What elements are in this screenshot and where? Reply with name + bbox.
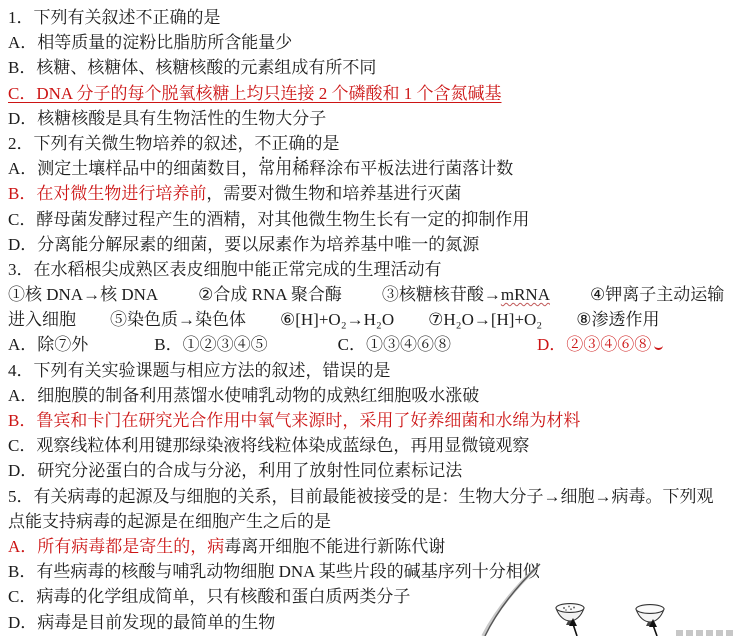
option-text: C．观察线粒体利用键那绿染液将线粒体染成蓝绿色，再用显微镜观察: [8, 436, 529, 455]
question-5-stem-line-2: 点能支持病毒的起源是在细胞产生之后的是: [8, 509, 738, 534]
question-3-answer-choices: A．除⑦外B．①②③④⑤C．①③④⑥⑧D．②③④⑥⑧: [8, 332, 738, 357]
option-text-red: B．在对微生物进行培养前: [8, 184, 206, 203]
question-5-stem-line-1: 5．有关病毒的起源及与细胞的关系，目前最能被接受的是：生物大分子→细胞→病毒。下…: [8, 484, 738, 509]
question-2-option-b-answer-highlight: B．在对微生物进行培养前，需要对微生物和培养基进行灭菌: [8, 181, 738, 206]
enumerated-item: ②合成 RNA 聚合酶: [198, 285, 342, 304]
question-4-option-c: C．观察线粒体利用键那绿染液将线粒体染成蓝绿色，再用显微镜观察: [8, 433, 738, 458]
stem-text: 4．下列有关实验课题与相应方法的叙述，错误的是: [8, 361, 391, 380]
option-text: D．病毒是目前发现的最简单的生物: [8, 613, 275, 632]
option-text: D．分离能分解尿素的细菌，要以尿素作为培养基中唯一的氮源: [8, 235, 479, 254]
question-4-option-a: A．细胞膜的制备利用蒸馏水使哺乳动物的成熟红细胞吸水涨破: [8, 383, 738, 408]
spellcheck-wavy-term: mRNA: [501, 285, 550, 304]
enumerated-item: ⑥[H]+O₂→H₂O: [280, 310, 394, 329]
stem-text: 点能支持病毒的起源是在细胞产生之后的是: [8, 512, 331, 531]
option-text: B．核糖、核糖体、核糖核酸的元素组成有所不同: [8, 58, 376, 77]
choice-a: A．除⑦外: [8, 335, 88, 354]
question-2-stem: 2．下列有关微生物培养的叙述，不正确的是: [8, 131, 738, 156]
question-2-option-c: C．酵母菌发酵过程产生的酒精，对其他微生物生长有一定的抑制作用: [8, 207, 738, 232]
option-text: C．病毒的化学组成简单，只有核酸和蛋白质两类分子: [8, 587, 410, 606]
truncated-caption-marks: [676, 630, 733, 636]
question-2-option-d: D．分离能分解尿素的细菌，要以尿素作为培养基中唯一的氮源: [8, 232, 738, 257]
enumerated-item: ⑤染色质→染色体: [110, 310, 246, 329]
choice-c: C．①③④⑥⑧: [338, 335, 451, 354]
option-text-red: B．鲁宾和卡门在研究光合作用中氧气来源时，采用了好养细菌和水绵为材料: [8, 411, 580, 430]
emphasized-text: 不正确: [255, 134, 306, 153]
enumerated-item: ③核糖核苷酸→: [382, 285, 501, 304]
exam-document: 1．下列有关叙述不正确的是 A．相等质量的淀粉比脂肪所含能量少 B．核糖、核糖体…: [0, 0, 738, 636]
option-text: A．相等质量的淀粉比脂肪所含能量少: [8, 33, 292, 52]
choice-b: B．①②③④⑤: [154, 335, 267, 354]
question-3-items-row-1: ①核 DNA→核 DNA②合成 RNA 聚合酶③核糖核苷酸→mRNA④钾离子主动…: [8, 282, 738, 307]
stem-text: 2．下列有关微生物培养的叙述，: [8, 134, 255, 153]
question-4-option-d: D．研究分泌蛋白的合成与分泌，利用了放射性同位素标记法: [8, 458, 738, 483]
option-text: 毒离开细胞不能进行新陈代谢: [224, 537, 445, 556]
option-text: A．测定土壤样品中的细菌数目，常用稀释涂布平板法进行菌落计数: [8, 159, 513, 178]
stem-text: 的是: [306, 134, 340, 153]
option-text-red-underlined: C．DNA 分子的每个脱氧核糖上均只连接 2 个磷酸和 1 个含氮碱基: [8, 84, 501, 103]
question-3-stem: 3．在水稻根尖成熟区表皮细胞中能正常完成的生理活动有: [8, 257, 738, 282]
option-text: B．有些病毒的核酸与哺乳动物细胞 DNA 某些片段的碱基序列十分相似: [8, 562, 540, 581]
curved-line-icon: [483, 564, 540, 636]
question-1-stem: 1．下列有关叙述不正确的是: [8, 5, 738, 30]
enumerated-item: ①核 DNA→核 DNA: [8, 285, 158, 304]
question-4-option-b-answer-highlight: B．鲁宾和卡门在研究光合作用中氧气来源时，采用了好养细菌和水绵为材料: [8, 408, 738, 433]
option-text: D．核糖核酸是具有生物活性的生物大分子: [8, 109, 326, 128]
watch-glass-dish-icon: [636, 605, 664, 626]
question-1-option-b: B．核糖、核糖体、核糖核酸的元素组成有所不同: [8, 55, 738, 80]
choice-d-answer-highlight: D．②③④⑥⑧: [537, 335, 651, 354]
watch-glass-dish-speckled-icon: [556, 604, 584, 625]
partial-apparatus-figure: [478, 556, 738, 636]
question-3-items-row-2: 进入细胞⑤染色质→染色体⑥[H]+O₂→H₂O⑦H₂O→[H]+O₂⑧渗透作用: [8, 307, 738, 332]
question-1-option-a: A．相等质量的淀粉比脂肪所含能量少: [8, 30, 738, 55]
option-text: D．研究分泌蛋白的合成与分泌，利用了放射性同位素标记法: [8, 461, 462, 480]
enumerated-item: ⑧渗透作用: [576, 310, 659, 329]
question-1-option-d: D．核糖核酸是具有生物活性的生物大分子: [8, 106, 738, 131]
stem-text: 5．有关病毒的起源及与细胞的关系，目前最能被接受的是：生物大分子→细胞→病毒。下…: [8, 487, 714, 506]
enumerated-item: ④钾离子主动运输: [590, 285, 724, 304]
enumerated-item-continuation: 进入细胞: [8, 310, 76, 329]
question-2-option-a: A．测定土壤样品中的细菌数目，常用稀释涂布平板法进行菌落计数: [8, 156, 738, 181]
option-text-red: A．所有病毒都是寄生的，病: [8, 537, 224, 556]
red-tail-mark: [654, 340, 663, 350]
question-1-option-c-answer-highlight: C．DNA 分子的每个脱氧核糖上均只连接 2 个磷酸和 1 个含氮碱基: [8, 81, 738, 106]
question-1-stem-text: 1．下列有关叙述不正确的是: [8, 8, 221, 27]
option-text: ，需要对微生物和培养基进行灭菌: [206, 184, 461, 203]
option-text: C．酵母菌发酵过程产生的酒精，对其他微生物生长有一定的抑制作用: [8, 210, 529, 229]
question-4-stem: 4．下列有关实验课题与相应方法的叙述，错误的是: [8, 358, 738, 383]
option-text: A．细胞膜的制备利用蒸馏水使哺乳动物的成熟红细胞吸水涨破: [8, 386, 479, 405]
stem-text: 3．在水稻根尖成熟区表皮细胞中能正常完成的生理活动有: [8, 260, 442, 279]
enumerated-item: ⑦H₂O→[H]+O₂: [428, 310, 542, 329]
